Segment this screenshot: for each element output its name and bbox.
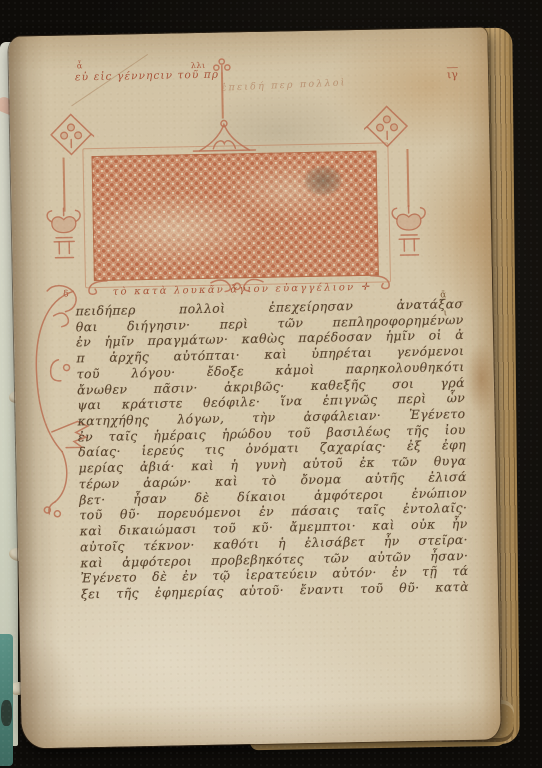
lection-numeral: ἆ (77, 61, 83, 70)
finial-stem (221, 73, 223, 119)
cover-wear-spot (1, 700, 12, 726)
parchment-leaf: ἆ εὐ εἰϲ γέννηϲιν τοῦ πρ λλι ἐπειδή περ … (8, 27, 501, 748)
manuscript-photograph: ἆ εὐ εἰϲ γέννηϲιν τοῦ πρ λλι ἐπειδή περ … (0, 0, 542, 768)
palmette-diamond-top-right-icon (364, 103, 411, 150)
lection-note: εὐ εἰϲ γέννηϲιν τοῦ πρ (75, 69, 219, 84)
pediment-ornament-icon (189, 116, 260, 153)
pendant-stem-left (63, 158, 66, 212)
gospel-text-block: πειδήπερ πολλοὶ ἐπεχείρησαν ἀνατάξασ θαι… (75, 296, 469, 602)
pendant-chalice-right-icon (390, 205, 429, 262)
pattern-fade-overlay (93, 152, 378, 280)
lection-superscript: λλι (191, 61, 206, 70)
folio-number: ιγ (447, 68, 458, 81)
palmette-diamond-top-left-icon (48, 111, 95, 158)
edge-tear-stain (464, 341, 493, 416)
pendant-chalice-left-icon (45, 207, 84, 264)
faded-header-note: ἐπειδή περ πολλοὶ (221, 75, 397, 94)
finial-trefoil-icon (212, 57, 232, 74)
pendant-stem-right (406, 149, 409, 207)
headpiece-carpet-panel (92, 151, 379, 281)
